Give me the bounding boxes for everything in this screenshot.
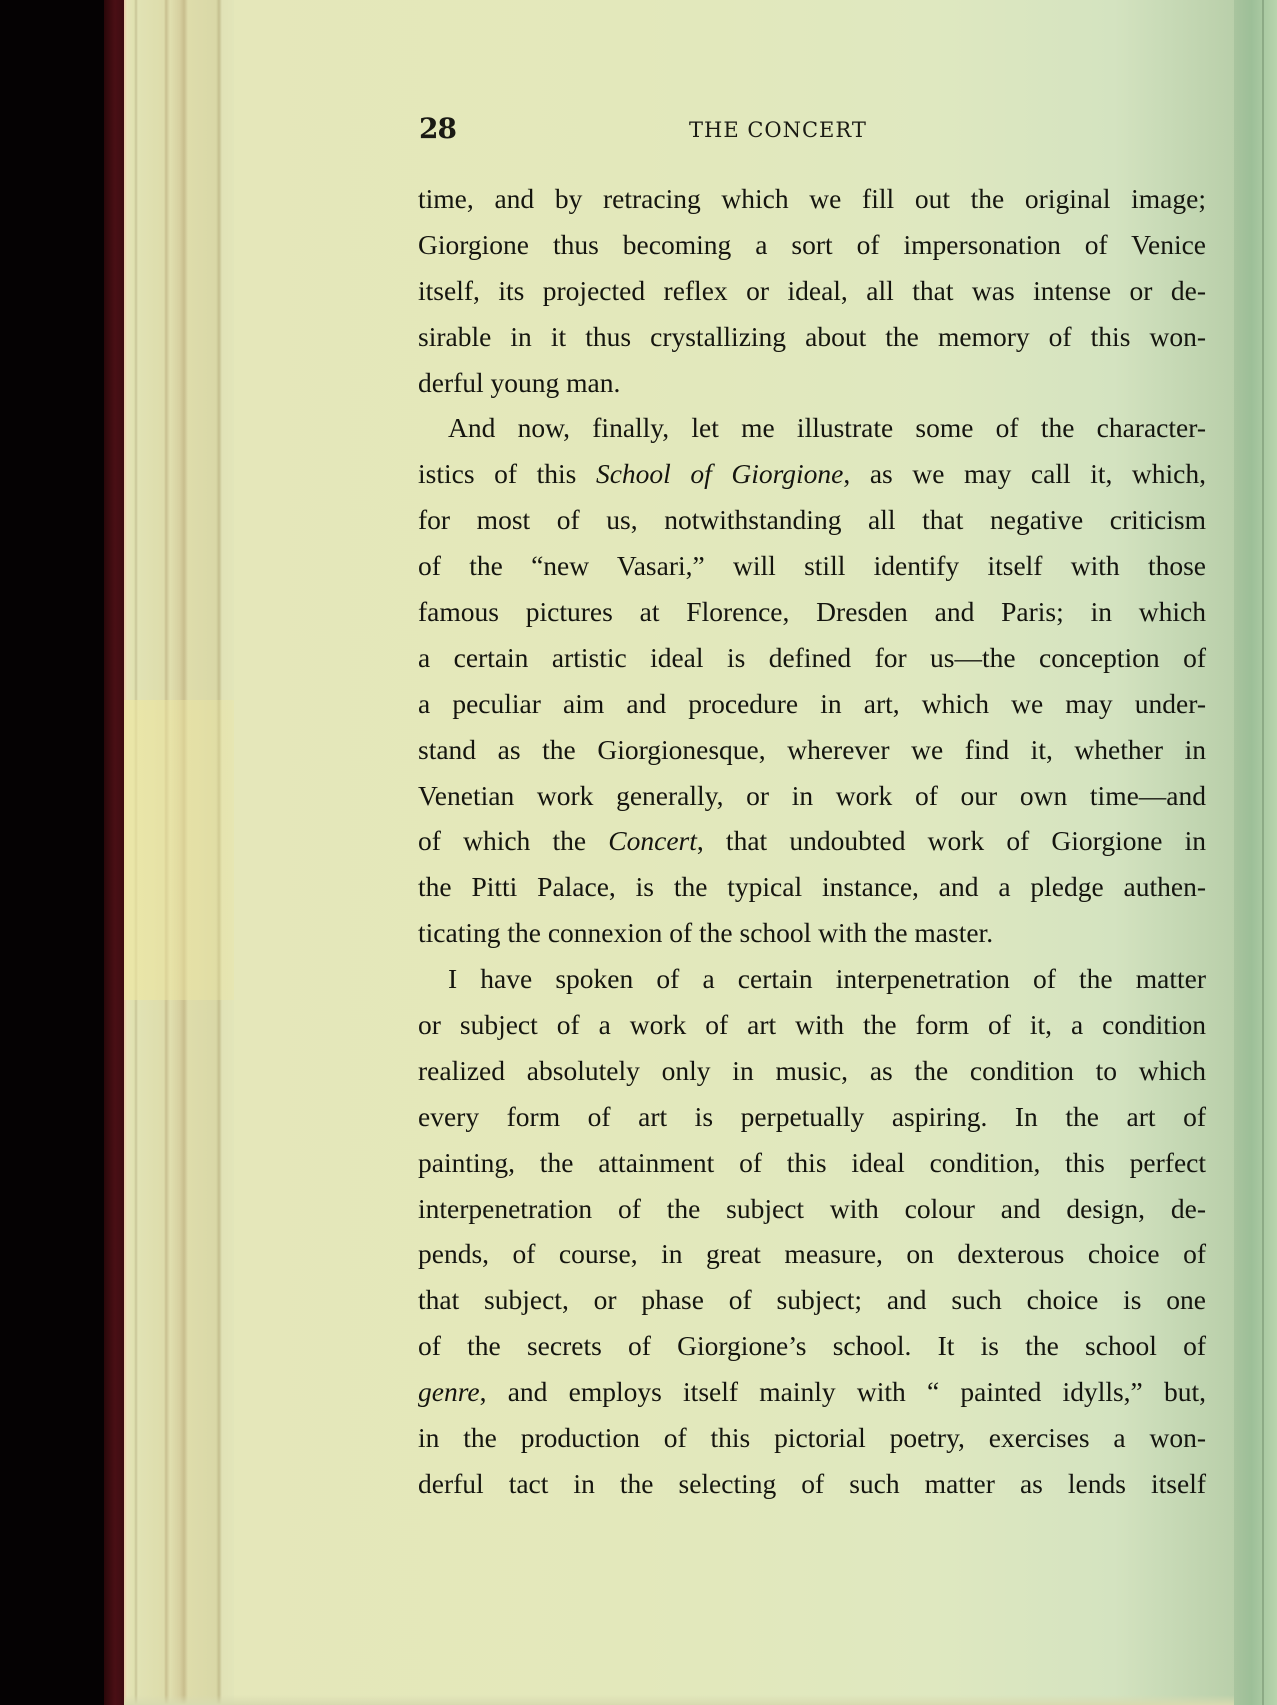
text-line: famous pictures at Florence, Dresden and… [418,589,1206,635]
text-line: derful young man. [418,360,1206,406]
text-segment: And now, finally, let me illustrate some… [448,412,1206,443]
facing-page-edge [1234,0,1277,1705]
text-line: itself, its projected reflex or ideal, a… [418,268,1206,314]
text-segment: , as we may call it, which, [843,458,1206,489]
text-line: in the production of this pictorial poet… [418,1415,1206,1461]
text-line: Giorgione thus becoming a sort of impers… [418,222,1206,268]
text-line: And now, finally, let me illustrate some… [418,405,1206,451]
text-line: interpenetration of the subject with col… [418,1186,1206,1232]
text-line: a peculiar aim and procedure in art, whi… [418,681,1206,727]
text-segment: I have spoken of a certain interpenetrat… [448,963,1206,994]
text-segment: itself, its projected reflex or ideal, a… [418,275,1206,306]
page-bottom-edge [124,1695,1234,1705]
text-segment: pends, of course, in great measure, on d… [418,1238,1206,1269]
text-line: of the “new Vasari,” will still identify… [418,543,1206,589]
text-line: derful tact in the selecting of such mat… [418,1461,1206,1507]
text-line: I have spoken of a certain interpenetrat… [418,956,1206,1002]
text-segment: derful tact in the selecting of such mat… [418,1468,1206,1499]
text-segment: that subject, or phase of subject; and s… [418,1284,1206,1315]
text-line: sirable in it thus crystallizing about t… [418,314,1206,360]
text-segment: Giorgione thus becoming a sort of impers… [418,229,1206,260]
text-line: pends, of course, in great measure, on d… [418,1231,1206,1277]
italic-title: School of Giorgione [596,458,843,489]
text-line: of which the Concert, that undoubted wor… [418,818,1206,864]
text-segment: famous pictures at Florence, Dresden and… [418,596,1206,627]
text-segment: of the secrets of Giorgione’s school. It… [418,1330,1206,1361]
text-line: every form of art is perpetually aspirin… [418,1094,1206,1140]
text-line: ticating the connexion of the school wit… [418,910,1206,956]
scan-background [0,0,108,1705]
text-segment: , and employs itself mainly with “ paint… [480,1376,1206,1407]
text-segment: istics of this [418,458,596,489]
text-line: realized absolutely only in music, as th… [418,1048,1206,1094]
italic-title: Concert [608,825,697,856]
text-line: or subject of a work of art with the for… [418,1002,1206,1048]
text-segment: derful young man. [418,367,620,398]
text-line: istics of this School of Giorgione, as w… [418,451,1206,497]
book-cover-edge [104,0,126,1705]
text-segment: painting, the attainment of this ideal c… [418,1147,1206,1178]
text-line: Venetian work generally, or in work of o… [418,773,1206,819]
text-segment: sirable in it thus crystallizing about t… [418,321,1206,352]
text-line: genre, and employs itself mainly with “ … [418,1369,1206,1415]
text-segment: stand as the Giorgionesque, wherever we … [418,734,1206,765]
text-segment: the Pitti Palace, is the typical instanc… [418,871,1206,902]
text-line: a certain artistic ideal is defined for … [418,635,1206,681]
text-segment: of the “new Vasari,” will still identify… [418,550,1206,581]
text-segment: time, and by retracing which we fill out… [418,183,1206,214]
text-segment: for most of us, notwithstanding all that… [418,504,1206,535]
text-segment: or subject of a work of art with the for… [418,1009,1206,1040]
text-line: for most of us, notwithstanding all that… [418,497,1206,543]
text-segment: , that undoubted work of Giorgione in [697,825,1206,856]
text-line: time, and by retracing which we fill out… [418,176,1206,222]
running-head: THE CONCERT [689,118,867,142]
text-line: of the secrets of Giorgione’s school. It… [418,1323,1206,1369]
text-segment: Venetian work generally, or in work of o… [418,780,1206,811]
text-line: the Pitti Palace, is the typical instanc… [418,864,1206,910]
page-number: 28 [419,112,456,145]
text-segment: a certain artistic ideal is defined for … [418,642,1206,673]
text-segment: realized absolutely only in music, as th… [418,1055,1206,1086]
text-segment: of which the [418,825,608,856]
text-segment: every form of art is perpetually aspirin… [418,1101,1206,1132]
text-segment: in the production of this pictorial poet… [418,1422,1206,1453]
text-line: stand as the Giorgionesque, wherever we … [418,727,1206,773]
text-line: that subject, or phase of subject; and s… [418,1277,1206,1323]
text-segment: a peculiar aim and procedure in art, whi… [418,688,1206,719]
page-stack-edges [124,0,234,1705]
page-header: 28 THE CONCERT [419,112,1204,152]
italic-title: genre [418,1376,480,1407]
text-segment: interpenetration of the subject with col… [418,1193,1206,1224]
text-segment: ticating the connexion of the school wit… [418,917,993,948]
body-text: time, and by retracing which we fill out… [418,176,1206,1507]
text-line: painting, the attainment of this ideal c… [418,1140,1206,1186]
